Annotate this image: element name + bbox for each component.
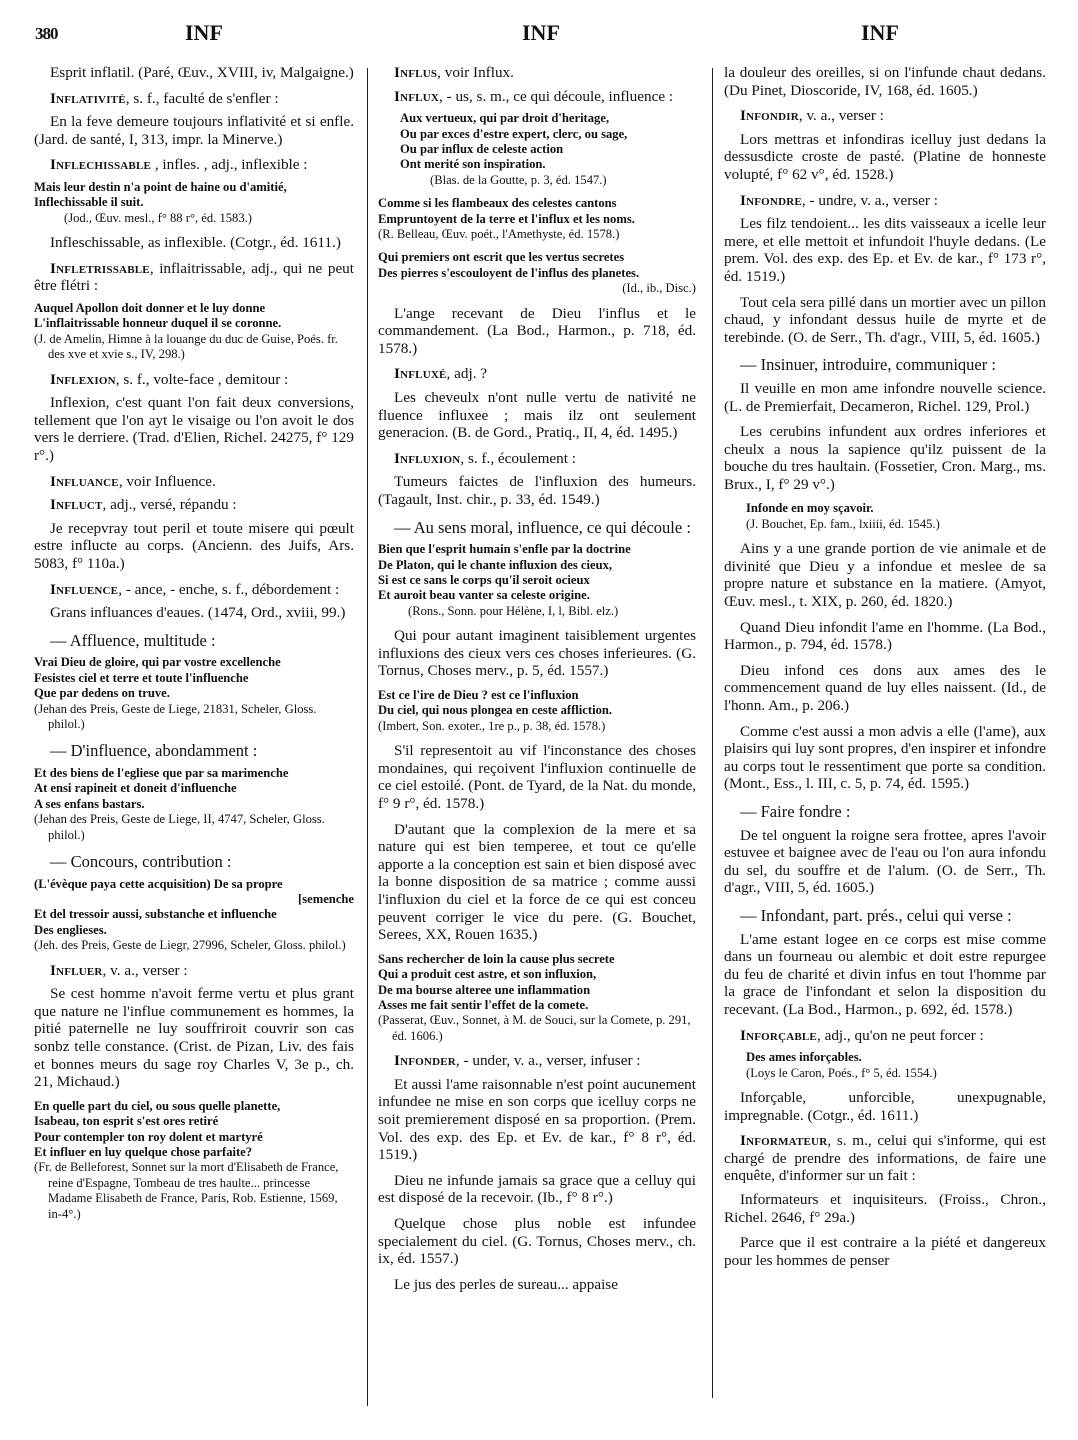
citation: De tel onguent la roigne sera frottee, a… bbox=[724, 827, 1046, 897]
citation: L'ange recevant de Dieu l'influs et le c… bbox=[378, 305, 696, 358]
entry-definition: , - under, v. a., verser, infuser : bbox=[456, 1052, 641, 1069]
verse-source: (Rons., Sonn. pour Hélène, I, l, Bibl. e… bbox=[378, 604, 696, 619]
verse-source: (R. Belleau, Œuv. poét., l'Amethyste, éd… bbox=[378, 227, 696, 242]
verse-line: Sans rechercher de loin la cause plus se… bbox=[378, 952, 696, 967]
verse-line: Des englieses. bbox=[34, 923, 354, 938]
verse-line: Mais leur destin n'a point de haine ou d… bbox=[34, 180, 354, 195]
headword: Influence bbox=[50, 581, 118, 598]
dictionary-entry: Influer, v. a., verser : bbox=[34, 962, 354, 980]
verse-line: Ou par exces d'estre expert, clerc, ou s… bbox=[400, 127, 696, 142]
column-2: Influs, voir Influx.Influx, - us, s. m.,… bbox=[378, 64, 696, 1301]
headword: Influxion bbox=[394, 450, 460, 467]
sub-sense: — Faire fondre : bbox=[724, 803, 1046, 821]
verse-line: Si est ce sans le corps qu'il seroit oci… bbox=[378, 573, 696, 588]
verse-line: De ma bourse alteree une inflammation bbox=[378, 983, 696, 998]
dictionary-entry: Inflechissable , infles. , adj., inflexi… bbox=[34, 156, 354, 174]
citation: Informateurs et inquisiteurs. (Froiss., … bbox=[724, 1191, 1046, 1226]
verse-line: Et auroit beau vanter sa celeste origine… bbox=[378, 588, 696, 603]
entry-definition: , voir Influence. bbox=[119, 473, 216, 490]
citation: Lors mettras et infondiras icelluy just … bbox=[724, 131, 1046, 184]
verse-line: De Platon, qui le chante influxion des c… bbox=[378, 558, 696, 573]
verse-line: Vrai Dieu de gloire, qui par vostre exce… bbox=[34, 655, 354, 670]
verse-quotation: En quelle part du ciel, ou sous quelle p… bbox=[34, 1099, 354, 1222]
verse-quotation: Bien que l'esprit humain s'enfle par la … bbox=[378, 542, 696, 619]
verse-line: Qui premiers ont escrit que les vertus s… bbox=[378, 250, 696, 265]
verse-line: Et influer en luy quelque chose parfaite… bbox=[34, 1145, 354, 1160]
dictionary-entry: Inforçable, adj., qu'on ne peut forcer : bbox=[724, 1027, 1046, 1045]
entry-definition: , voir Influx. bbox=[437, 64, 514, 81]
citation: Quelque chose plus noble est infundee sp… bbox=[378, 1215, 696, 1268]
verse-source: (Id., ib., Disc.) bbox=[378, 281, 696, 296]
headword: Inforçable bbox=[740, 1027, 817, 1044]
citation: Tumeurs faictes de l'influxion des humeu… bbox=[378, 473, 696, 508]
verse-line: At ensi rapineit et doneit d'influenche bbox=[34, 781, 354, 796]
verse-quotation: Vrai Dieu de gloire, qui par vostre exce… bbox=[34, 655, 354, 732]
verse-line: Ou par influx de celeste action bbox=[400, 142, 696, 157]
verse-line: Isabeau, ton esprit s'est ores retiré bbox=[34, 1114, 354, 1129]
entry-definition: , adj., qu'on ne peut forcer : bbox=[817, 1027, 984, 1044]
citation: D'autant que la complexion de la mere et… bbox=[378, 821, 696, 944]
dictionary-entry: Influct, adj., versé, répandu : bbox=[34, 496, 354, 514]
verse-quotation: Auquel Apollon doit donner et le luy don… bbox=[34, 301, 354, 363]
citation: Inforçable, unforcible, unexpugnable, im… bbox=[724, 1089, 1046, 1124]
entry-definition: , - ance, - enche, s. f., débordement : bbox=[118, 581, 339, 598]
sub-sense: — Insinuer, introduire, communiquer : bbox=[724, 356, 1046, 374]
entry-definition: , s. f., volte-face , demitour : bbox=[116, 371, 289, 388]
citation: L'ame estant logee en ce corps est mise … bbox=[724, 931, 1046, 1019]
citation: Les cerubins infundent aux ordres inferi… bbox=[724, 423, 1046, 493]
verse-quotation: Et des biens de l'egliese que par sa mar… bbox=[34, 766, 354, 843]
entry-definition: , adj., versé, répandu : bbox=[103, 496, 237, 513]
citation: Inflexion, c'est quant l'on fait deux co… bbox=[34, 394, 354, 464]
citation: Le jus des perles de sureau... appaise bbox=[378, 1276, 696, 1294]
column-rule-left bbox=[367, 68, 368, 1406]
citation: Dieu ne infunde jamais sa grace que a ce… bbox=[378, 1172, 696, 1207]
dictionary-entry: Influxion, s. f., écoulement : bbox=[378, 450, 696, 468]
verse-line: Empruntoyent de la terre et l'influx et … bbox=[378, 212, 696, 227]
dictionary-entry: Informateur, s. m., celui qui s'informe,… bbox=[724, 1132, 1046, 1185]
verse-source: (Jod., Œuv. mesl., f° 88 r°, éd. 1583.) bbox=[34, 211, 354, 226]
verse-line: Qui a produit cest astre, et son influxi… bbox=[378, 967, 696, 982]
verse-quotation: Des ames inforçables.(Loys le Caron, Poé… bbox=[724, 1050, 1046, 1081]
headword: Influance bbox=[50, 473, 119, 490]
citation: Les filz tendoient... les dits vaisseaux… bbox=[724, 215, 1046, 285]
citation: En la feve demeure toujours inflativité … bbox=[34, 113, 354, 148]
dictionary-entry: Inflexion, s. f., volte-face , demitour … bbox=[34, 371, 354, 389]
headword: Infletrissable bbox=[50, 260, 150, 277]
citation: S'il representoit au vif l'inconstance d… bbox=[378, 742, 696, 812]
verse-line: L'inflaitrissable honneur duquel il se c… bbox=[34, 316, 354, 331]
verse-line: Des ames inforçables. bbox=[746, 1050, 1046, 1065]
verse-line: Et des biens de l'egliese que par sa mar… bbox=[34, 766, 354, 781]
citation: Il veuille en mon ame infondre nouvelle … bbox=[724, 380, 1046, 415]
dictionary-entry: Inflativité, s. f., faculté de s'enfler … bbox=[34, 90, 354, 108]
entry-definition: , v. a., verser : bbox=[799, 107, 884, 124]
verse-source: (Fr. de Belleforest, Sonnet sur la mort … bbox=[34, 1160, 354, 1222]
entry-definition: , - undre, v. a., verser : bbox=[802, 192, 938, 209]
verse-source: (Jehan des Preis, Geste de Liege, II, 47… bbox=[34, 812, 354, 843]
headword: Inflechissable bbox=[50, 156, 151, 173]
sub-sense: — Affluence, multitude : bbox=[34, 632, 354, 650]
citation: Dieu infond ces dons aux ames des le com… bbox=[724, 662, 1046, 715]
citation: Parce que il est contraire a la piété et… bbox=[724, 1234, 1046, 1269]
citation: Je recepvray tout peril et toute misere … bbox=[34, 520, 354, 573]
dictionary-entry: Influs, voir Influx. bbox=[378, 64, 696, 82]
verse-line: [semenche bbox=[34, 892, 354, 907]
headword: Influct bbox=[50, 496, 103, 513]
verse-line: Et del tressoir aussi, substanche et inf… bbox=[34, 907, 354, 922]
verse-line: Inflechissable il suit. bbox=[34, 195, 354, 210]
headword: Influx bbox=[394, 88, 439, 105]
dictionary-entry: Influx, - us, s. m., ce qui découle, inf… bbox=[378, 88, 696, 106]
citation: Ains y a une grande portion de vie anima… bbox=[724, 540, 1046, 610]
entry-definition: , infles. , adj., inflexible : bbox=[151, 156, 307, 173]
dictionary-entry: Infletrissable, inflaitrissable, adj., q… bbox=[34, 260, 354, 295]
verse-line: Fesistes ciel et terre et toute l'influe… bbox=[34, 671, 354, 686]
verse-line: Aux vertueux, qui par droit d'heritage, bbox=[400, 111, 696, 126]
verse-line: Comme si les flambeaux des celestes cant… bbox=[378, 196, 696, 211]
verse-source: (Jeh. des Preis, Geste de Liegr, 27996, … bbox=[34, 938, 354, 953]
citation: Quand Dieu infondit l'ame en l'homme. (L… bbox=[724, 619, 1046, 654]
sub-sense: — D'influence, abondamment : bbox=[34, 742, 354, 760]
verse-quotation: Est ce l'ire de Dieu ? est ce l'influxio… bbox=[378, 688, 696, 734]
verse-quotation: Comme si les flambeaux des celestes cant… bbox=[378, 196, 696, 242]
dictionary-entry: Infonder, - under, v. a., verser, infuse… bbox=[378, 1052, 696, 1070]
verse-quotation: Qui premiers ont escrit que les vertus s… bbox=[378, 250, 696, 296]
verse-source: (J. Bouchet, Ep. fam., lxiiii, éd. 1545.… bbox=[746, 517, 1046, 532]
verse-source: (Blas. de la Goutte, p. 3, éd. 1547.) bbox=[400, 173, 696, 188]
sub-sense: — Infondant, part. prés., celui qui vers… bbox=[724, 907, 1046, 925]
headword: Infondir bbox=[740, 107, 799, 124]
verse-quotation: Infonde en moy sçavoir.(J. Bouchet, Ep. … bbox=[724, 501, 1046, 532]
running-head-right: INF bbox=[861, 20, 899, 46]
citation: Et aussi l'ame raisonnable n'est point a… bbox=[378, 1076, 696, 1164]
verse-line: Est ce l'ire de Dieu ? est ce l'influxio… bbox=[378, 688, 696, 703]
dictionary-entry: Influxé, adj. ? bbox=[378, 365, 696, 383]
headword: Influs bbox=[394, 64, 437, 81]
dictionary-entry: Infondir, v. a., verser : bbox=[724, 107, 1046, 125]
verse-line: Asses me fait sentir l'effet de la comet… bbox=[378, 998, 696, 1013]
citation: Grans influances d'eaues. (1474, Ord., x… bbox=[34, 604, 354, 622]
entry-definition: , s. f., écoulement : bbox=[460, 450, 576, 467]
column-1: Esprit inflatil. (Paré, Œuv., XVIII, iv,… bbox=[34, 64, 354, 1230]
verse-line: Bien que l'esprit humain s'enfle par la … bbox=[378, 542, 696, 557]
dictionary-entry: Infondre, - undre, v. a., verser : bbox=[724, 192, 1046, 210]
verse-line: Auquel Apollon doit donner et le luy don… bbox=[34, 301, 354, 316]
entry-definition: , adj. ? bbox=[447, 365, 487, 382]
citation-continued: la douleur des oreilles, si on l'infunde… bbox=[724, 64, 1046, 99]
running-head-center: INF bbox=[522, 20, 560, 46]
citation: Esprit inflatil. (Paré, Œuv., XVIII, iv,… bbox=[34, 64, 354, 82]
dictionary-entry: Influence, - ance, - enche, s. f., débor… bbox=[34, 581, 354, 599]
headword: Influxé bbox=[394, 365, 447, 382]
verse-line: Pour contempler ton roy dolent et martyr… bbox=[34, 1130, 354, 1145]
verse-line: Ont merité son inspiration. bbox=[400, 157, 696, 172]
headword: Inflexion bbox=[50, 371, 116, 388]
verse-line: Des pierres s'escouloyent de l'influs de… bbox=[378, 266, 696, 281]
headword: Infondre bbox=[740, 192, 802, 209]
verse-quotation: Sans rechercher de loin la cause plus se… bbox=[378, 952, 696, 1044]
verse-quotation: (L'évèque paya cette acquisition) De sa … bbox=[34, 877, 354, 954]
verse-quotation: Mais leur destin n'a point de haine ou d… bbox=[34, 180, 354, 226]
headword: Influer bbox=[50, 962, 103, 979]
entry-definition: , s. f., faculté de s'enfler : bbox=[126, 90, 279, 107]
entry-definition: , - us, s. m., ce qui découle, influence… bbox=[439, 88, 673, 105]
sub-sense: — Au sens moral, influence, ce qui décou… bbox=[378, 519, 696, 537]
citation: Comme c'est aussi a mon advis a elle (l'… bbox=[724, 723, 1046, 793]
verse-line: Que par dedens on truve. bbox=[34, 686, 354, 701]
headword: Informateur bbox=[740, 1132, 827, 1149]
citation: Se cest homme n'avoit ferme vertu et plu… bbox=[34, 985, 354, 1091]
verse-quotation: Aux vertueux, qui par droit d'heritage,O… bbox=[378, 111, 696, 188]
verse-line: (L'évèque paya cette acquisition) De sa … bbox=[34, 877, 354, 892]
verse-line: Du ciel, qui nous plongea en ceste affli… bbox=[378, 703, 696, 718]
verse-source: (Imbert, Son. exoter., 1re p., p. 38, éd… bbox=[378, 719, 696, 734]
verse-line: En quelle part du ciel, ou sous quelle p… bbox=[34, 1099, 354, 1114]
verse-source: (Jehan des Preis, Geste de Liege, 21831,… bbox=[34, 702, 354, 733]
headword: Infonder bbox=[394, 1052, 456, 1069]
column-rule-right bbox=[712, 68, 713, 1398]
verse-line: Infonde en moy sçavoir. bbox=[746, 501, 1046, 516]
citation: Tout cela sera pillé dans un mortier ave… bbox=[724, 294, 1046, 347]
dictionary-entry: Influance, voir Influence. bbox=[34, 473, 354, 491]
verse-source: (Passerat, Œuv., Sonnet, à M. de Souci, … bbox=[378, 1013, 696, 1044]
headword: Inflativité bbox=[50, 90, 126, 107]
verse-source: (Loys le Caron, Poés., f° 5, éd. 1554.) bbox=[746, 1066, 1046, 1081]
entry-definition: , v. a., verser : bbox=[103, 962, 188, 979]
column-3: la douleur des oreilles, si on l'infunde… bbox=[724, 64, 1046, 1277]
page-number: 380 bbox=[35, 24, 58, 44]
citation: Qui pour autant imaginent taisiblement u… bbox=[378, 627, 696, 680]
citation: Infleschissable, as inflexible. (Cotgr.,… bbox=[34, 234, 354, 252]
verse-line: A ses enfans bastars. bbox=[34, 797, 354, 812]
citation: Les cheveulx n'ont nulle vertu de nativi… bbox=[378, 389, 696, 442]
running-head-left: INF bbox=[185, 20, 223, 46]
sub-sense: — Concours, contribution : bbox=[34, 853, 354, 871]
verse-source: (J. de Amelin, Himne à la louange du duc… bbox=[34, 332, 354, 363]
